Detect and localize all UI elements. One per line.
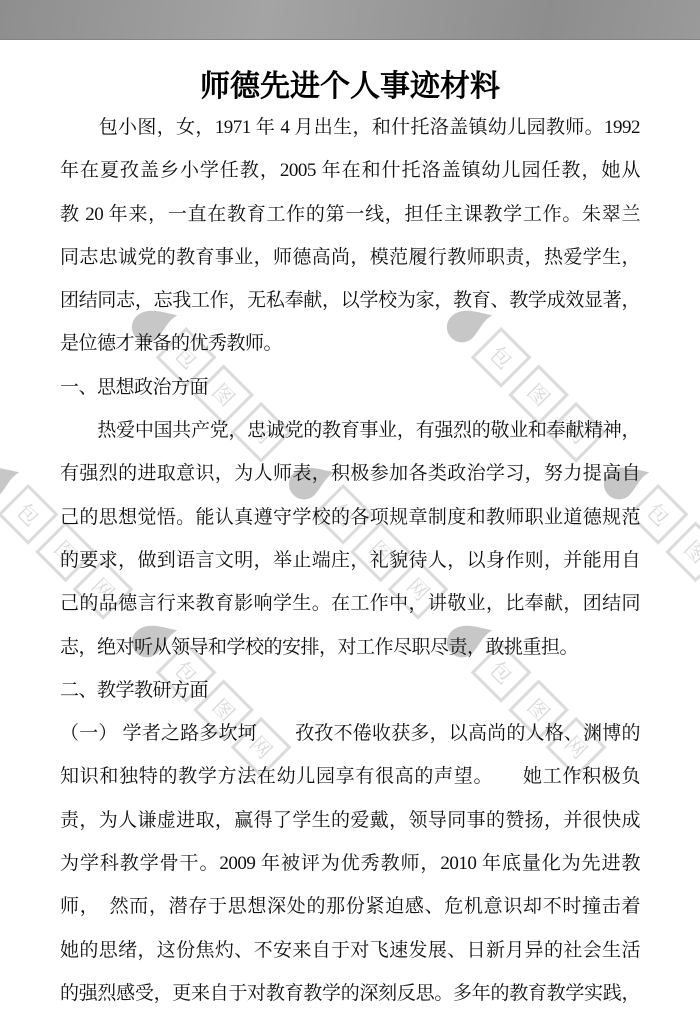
text-line: （一） 学者之路多坎坷 孜孜不倦收获多，以高尚的人格、渊博的 bbox=[60, 712, 640, 755]
text-line: 的要求，做到语言文明，举止端庄，礼貌待人，以身作则，并能用自 bbox=[60, 539, 640, 582]
page-title: 师德先进个人事迹材料 bbox=[0, 68, 700, 106]
doc-body: 包小图，女，1971 年 4 月出生，和什托洛盖镇幼儿园教师。1992年在夏孜盖… bbox=[0, 106, 700, 1015]
text-line: 师， 然而，潜存于思想深处的那份紧迫感、危机意识却不时撞击着 bbox=[60, 885, 640, 928]
text-line: 包小图，女，1971 年 4 月出生，和什托洛盖镇幼儿园教师。1992 bbox=[60, 106, 640, 149]
text-line: 己的品德言行来教育影响学生。在工作中，讲敬业，比奉献，团结同 bbox=[60, 582, 640, 625]
text-line: 为学科教学骨干。2009 年被评为优秀教师，2010 年底量化为先进教 bbox=[60, 842, 640, 885]
text-line: 团结同志，忘我工作，无私奉献，以学校为家，教育、教学成效显著， bbox=[60, 279, 640, 322]
text-line: 她的思绪，这份焦灼、不安来自于对飞速发展、日新月异的社会生活 bbox=[60, 929, 640, 972]
text-line: 有强烈的进取意识，为人师表，积极参加各类政治学习，努力提高自 bbox=[60, 452, 640, 495]
text-line: 二、教学教研方面 bbox=[60, 669, 640, 712]
text-line: 知识和独特的教学方法在幼儿园享有很高的声望。 她工作积极负 bbox=[60, 755, 640, 798]
text-line: 责，为人谦虚进取，赢得了学生的爱戴，领导同事的赞扬，并很快成 bbox=[60, 799, 640, 842]
text-line: 同志忠诚党的教育事业，师德高尚，模范履行教师职责，热爱学生， bbox=[60, 236, 640, 279]
text-line: 一、思想政治方面 bbox=[60, 366, 640, 409]
text-line: 热爱中国共产党，忠诚党的教育事业，有强烈的敬业和奉献精神， bbox=[60, 409, 640, 452]
text-line: 年在夏孜盖乡小学任教，2005 年在和什托洛盖镇幼儿园任教，她从 bbox=[60, 149, 640, 192]
text-line: 教 20 年来，一直在教育工作的第一线，担任主课教学工作。朱翠兰 bbox=[60, 193, 640, 236]
text-line: 己的思想觉悟。能认真遵守学校的各项规章制度和教师职业道德规范 bbox=[60, 496, 640, 539]
text-line: 的强烈感受，更来自于对教育教学的深刻反思。多年的教育教学实践， bbox=[60, 972, 640, 1015]
text-line: 志，绝对听从领导和学校的安排，对工作尽职尽责，敢挑重担。 bbox=[60, 626, 640, 669]
text-line: 是位德才兼备的优秀教师。 bbox=[60, 322, 640, 365]
header-bar bbox=[0, 0, 700, 40]
